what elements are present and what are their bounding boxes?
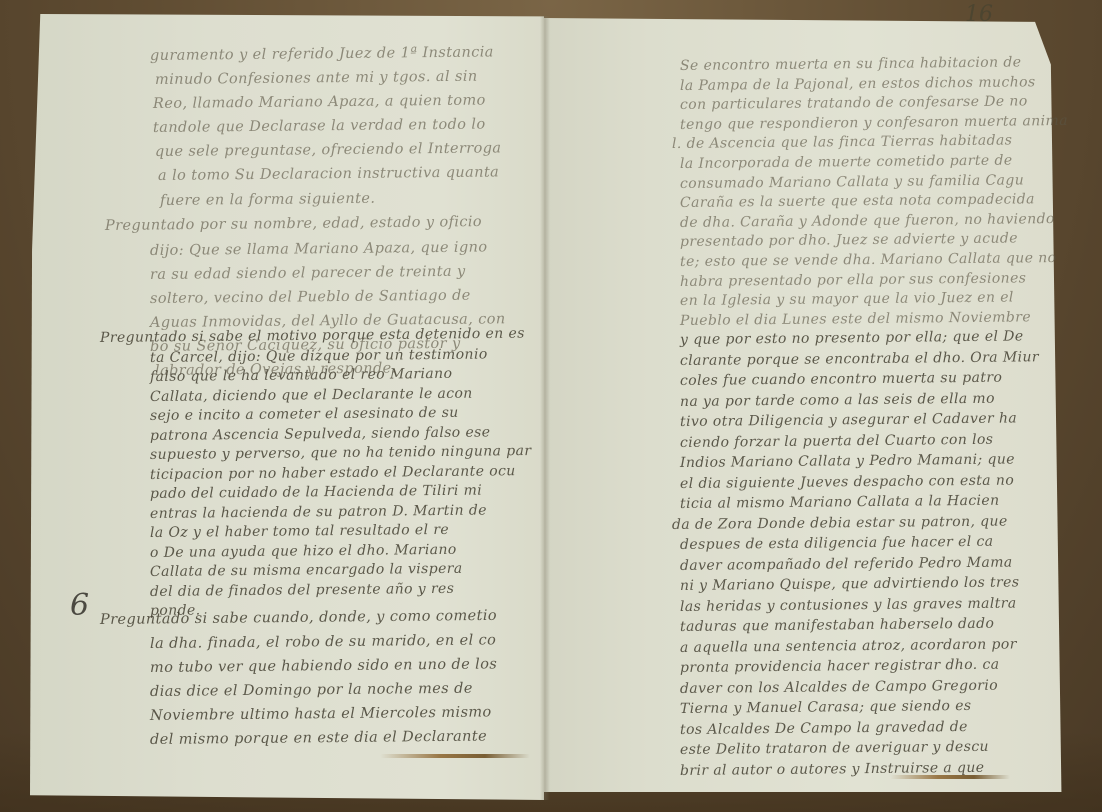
manuscript-line: ticia al mismo Mariano Callata a la Haci… <box>680 493 1000 512</box>
manuscript-line: daver con los Alcaldes de Campo Gregorio <box>680 677 998 696</box>
manuscript-line: da de Zora Donde debia estar su patron, … <box>672 513 1008 533</box>
manuscript-line: ciendo forzar la puerta del Cuarto con l… <box>680 431 994 450</box>
page-number: 16 <box>965 2 993 27</box>
manuscript-line: o De una ayuda que hizo el dho. Mariano <box>150 541 457 560</box>
manuscript-line: minudo Confesiones ante mi y tgos. al si… <box>155 69 478 88</box>
manuscript-line: Tierna y Manuel Carasa; que siendo es <box>680 698 972 717</box>
manuscript-line: ra su edad siendo el parecer de treinta … <box>150 264 466 283</box>
manuscript-line: Callata, diciendo que el Declarante le a… <box>150 385 473 404</box>
manuscript-line: fuere en la forma siguiente. <box>160 191 375 209</box>
manuscript-line: coles fue cuando encontro muerta su patr… <box>680 370 1002 389</box>
manuscript-line: habra presentado por ella por sus confes… <box>680 270 1026 290</box>
manuscript-line: entras la hacienda de su patron D. Marti… <box>150 502 487 522</box>
ink-stain-right <box>890 775 1010 779</box>
margin-number: 6 <box>70 588 89 623</box>
manuscript-line: Callata de su misma encargado la vispera <box>150 561 463 580</box>
manuscript-line: soltero, vecino del Pueblo de Santiago d… <box>150 288 471 307</box>
ink-stain-left <box>380 754 530 758</box>
manuscript-line: la Oz y el haber tomo tal resultado el r… <box>150 522 449 541</box>
manuscript-line: falso que le ha levantado el reo Mariano <box>150 366 453 385</box>
manuscript-line: este Delito trataron de averiguar y desc… <box>680 739 989 758</box>
manuscript-line: daver acompañado del referido Pedro Mama <box>680 554 1013 573</box>
manuscript-line: ta Carcel, dijo: Que dizque por un testi… <box>150 346 488 366</box>
manuscript-line: la Pampa de la Pajonal, en estos dichos … <box>680 74 1036 94</box>
manuscript-line: na ya por tarde como a las seis de ella … <box>680 390 995 409</box>
manuscript-line: sejo e incito a cometer el asesinato de … <box>150 405 459 424</box>
manuscript-line: a aquella una sentencia atroz, acordaron… <box>680 636 1017 656</box>
manuscript-line: consumado Mariano Callata y su familia C… <box>680 172 1024 192</box>
manuscript-line: clarante porque se encontraba el dho. Or… <box>680 349 1039 369</box>
manuscript-line: Pueblo el dia Lunes este del mismo Novie… <box>680 309 1031 329</box>
manuscript-line: patrona Ascencia Sepulveda, siendo falso… <box>150 424 491 444</box>
binding-gutter <box>540 16 550 800</box>
manuscript-line: pronta providencia hacer registrar dho. … <box>680 657 1000 676</box>
manuscript-line: el dia siguiente Jueves despacho con est… <box>680 472 1014 491</box>
manuscript-line: dias dice el Domingo por la noche mes de <box>150 681 473 700</box>
manuscript-line: del dia de finados del presente año y re… <box>150 580 454 599</box>
manuscript-line: las heridas y contusiones y las graves m… <box>680 595 1017 615</box>
manuscript-line: ticipacion por no haber estado el Declar… <box>150 463 516 483</box>
manuscript-line: taduras que manifestaban haberselo dado <box>680 616 994 635</box>
manuscript-line: despues de esta diligencia fue hacer el … <box>680 534 994 553</box>
manuscript-line: tos Alcaldes De Campo la gravedad de <box>680 718 968 737</box>
